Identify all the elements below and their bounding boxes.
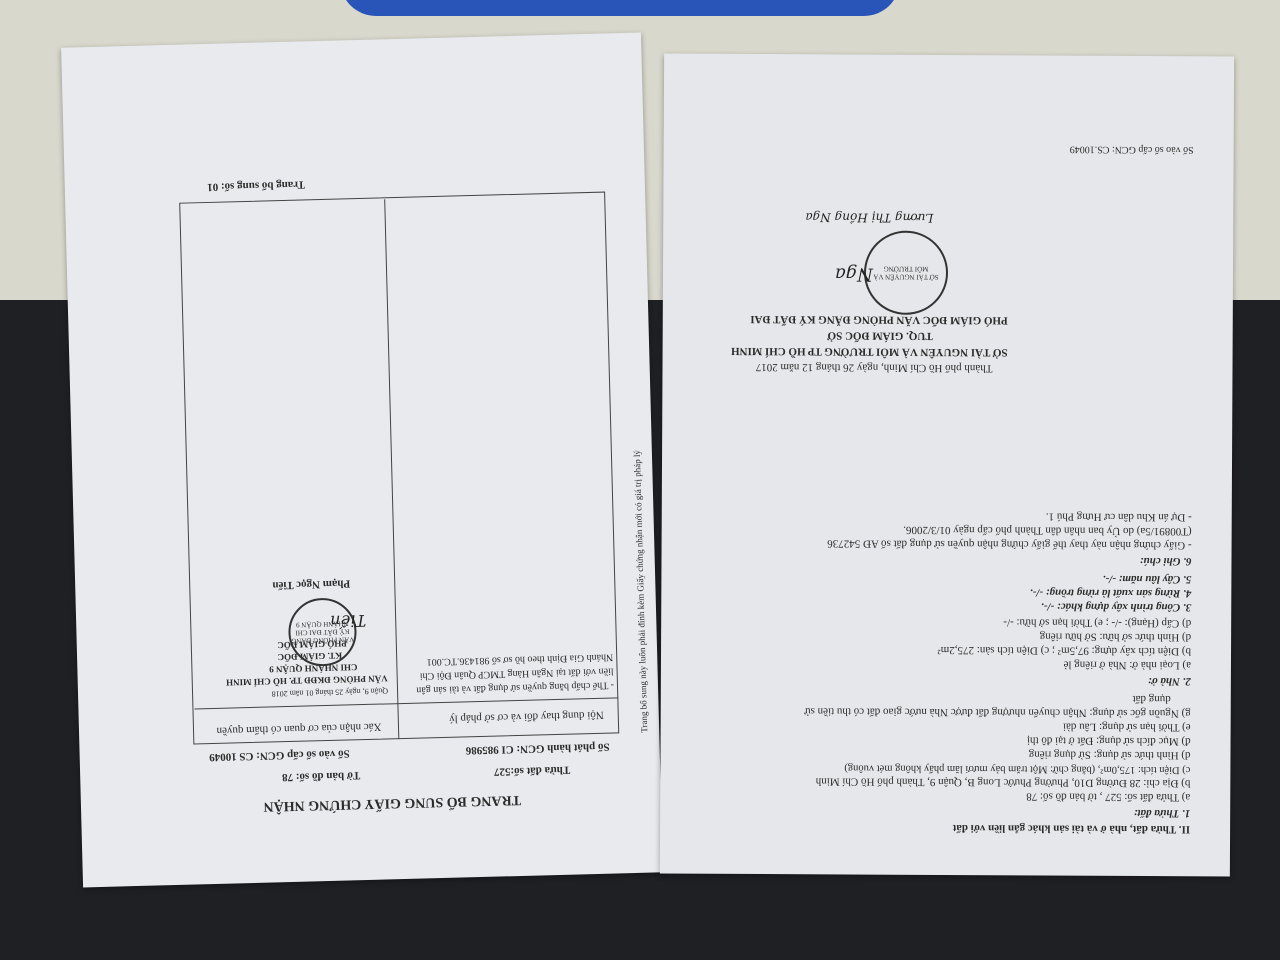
register-number-handwritten: Số vào sổ cấp GCN: CS.10049 xyxy=(1070,142,1194,157)
land-purpose: đ) Mục đích sử dụng: Đất ở tại đô thị xyxy=(1027,733,1191,748)
department-stamp: SỞ TÀI NGUYÊN VÀ MÔI TRƯỜNG xyxy=(864,231,948,315)
blue-object xyxy=(340,0,900,16)
land-origin-cont: dụng đất xyxy=(1133,692,1171,706)
house-type: a) Loại nhà ở: Nhà ở riêng lẻ xyxy=(1064,658,1191,673)
supplement-page-number: Trang bổ sung số: 01 xyxy=(207,177,305,194)
notes-line-1: - Giấy chứng nhận này thay thế giấy chứn… xyxy=(827,536,1191,552)
land-duration: e) Thời hạn sử dụng: Lâu dài xyxy=(1063,720,1191,735)
mortgage-entry: - Thế chấp bằng quyền sử dụng đất và tài… xyxy=(401,649,614,697)
other-structures: 3. Công trình xây dựng khác: -/-. xyxy=(1041,599,1191,614)
director-signature: Nga xyxy=(835,263,873,284)
house-built-area: b) Diện tích xây dựng: 97,5m² ; c) Diện … xyxy=(937,643,1191,658)
notes-heading: 6. Ghi chú: xyxy=(1140,554,1192,568)
sign-tuq: TUQ. GIÁM ĐỐC SỞ xyxy=(828,328,933,343)
production-forest: 4. Rừng sản xuất là rừng trồng: -/-. xyxy=(1030,585,1191,600)
perennial-trees: 5. Cây lâu năm: -/-. xyxy=(1103,572,1192,586)
signer-name: Lương Thị Hồng Nga xyxy=(805,210,933,225)
land-origin: g) Nguồn gốc sử dụng: Nhận chuyển nhượng… xyxy=(805,704,1191,720)
map-sheet-number: Tờ bản đồ số: 78 xyxy=(282,768,361,784)
branch-signer-name: Phạm Ngọc Tiến xyxy=(272,576,350,592)
land-parcel: a) Thửa đất số: 527 , tờ bản đồ số: 78 xyxy=(1026,789,1190,804)
supplement-page: TRANG BỔ SUNG GIẤY CHỨNG NHẬN Thửa đất s… xyxy=(61,33,663,888)
notes-line-3: - Dự án Khu dân cư Hưng Phú 1. xyxy=(1046,510,1192,525)
issue-number: Số phát hành GCN: CI 985986 xyxy=(466,740,610,758)
notes-line-2: (T00891/5a) do Ủy ban nhân dân Thành phố… xyxy=(903,523,1192,539)
sign-role: PHÓ GIÁM ĐỐC VĂN PHÒNG ĐĂNG KÝ ĐẤT ĐAI xyxy=(750,312,1008,327)
sign-authority: SỞ TÀI NGUYÊN VÀ MÔI TRƯỜNG TP HỒ CHÍ MI… xyxy=(731,344,1008,359)
land-use-form: d) Hình thức sử dụng: Sử dụng riêng xyxy=(1029,747,1191,762)
section-title: II. Thửa đất, nhà ở và tài sản khác gắn … xyxy=(953,821,1190,836)
land-heading: 1. Thửa đất: xyxy=(1134,806,1190,820)
sign-date: Thành phố Hồ Chí Minh, ngày 26 tháng 12 … xyxy=(756,360,993,375)
house-grade: d) Cấp (Hạng): -/- ; e) Thời hạn sở hữu:… xyxy=(1003,615,1191,630)
land-address: b) Địa chỉ: 28 Đường D10, Phường Phước L… xyxy=(816,774,1191,790)
supplement-title: TRANG BỔ SUNG GIẤY CHỨNG NHẬN xyxy=(263,792,521,813)
house-ownership: d) Hình thức sở hữu: Sở hữu riêng xyxy=(1040,629,1192,644)
certificate-page: II. Thửa đất, nhà ở và tài sản khác gắn … xyxy=(660,54,1234,877)
land-area: c) Diện tích: 175,0m², (bằng chữ: Một tr… xyxy=(844,760,1190,776)
side-note: Trang bổ sung này luôn phải đính kèm Giấ… xyxy=(630,450,651,733)
branch-signature: Tiến xyxy=(330,611,366,631)
parcel-number: Thửa đất số:527 xyxy=(494,763,571,779)
house-heading: 2. Nhà ở: xyxy=(1148,674,1191,688)
register-number: Số vào sổ cấp GCN: CS 10049 xyxy=(209,746,350,764)
